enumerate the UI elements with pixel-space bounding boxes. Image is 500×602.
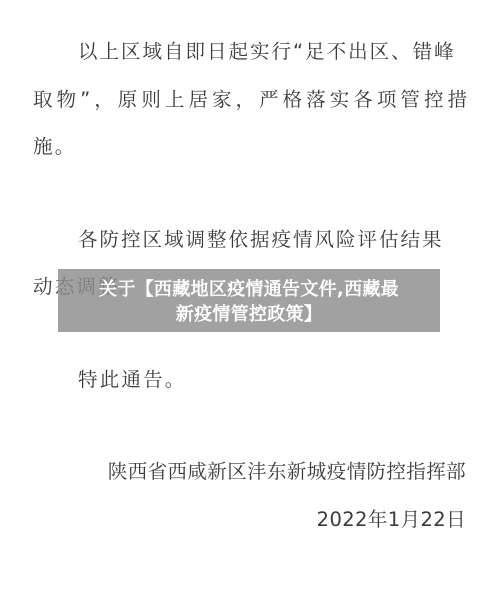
paragraph-1-line-2: 取物”，原则上居家，严格落实各项管控措	[33, 88, 471, 112]
signature-issuer: 陕西省西咸新区沣东新城疫情防控指挥部	[108, 460, 466, 484]
paragraph-1-line-1: 以上区域自即日起实行“足不出区、错峰	[78, 40, 456, 64]
signature-date: 2022年1月22日	[317, 508, 466, 532]
article-title-overlay[interactable]: 关于【西藏地区疫情通告文件,西藏最 新疫情管控政策】	[58, 269, 440, 332]
article-title-line-2: 新疫情管控政策】	[99, 302, 399, 327]
article-title-line-1: 关于【西藏地区疫情通告文件,西藏最	[99, 277, 399, 302]
paragraph-2-line-1: 各防控区域调整依据疫情风险评估结果	[78, 228, 444, 252]
paragraph-1-line-3: 施。	[33, 135, 76, 159]
article-title: 关于【西藏地区疫情通告文件,西藏最 新疫情管控政策】	[99, 277, 399, 327]
paragraph-3-line-1: 特此通告。	[78, 368, 187, 392]
